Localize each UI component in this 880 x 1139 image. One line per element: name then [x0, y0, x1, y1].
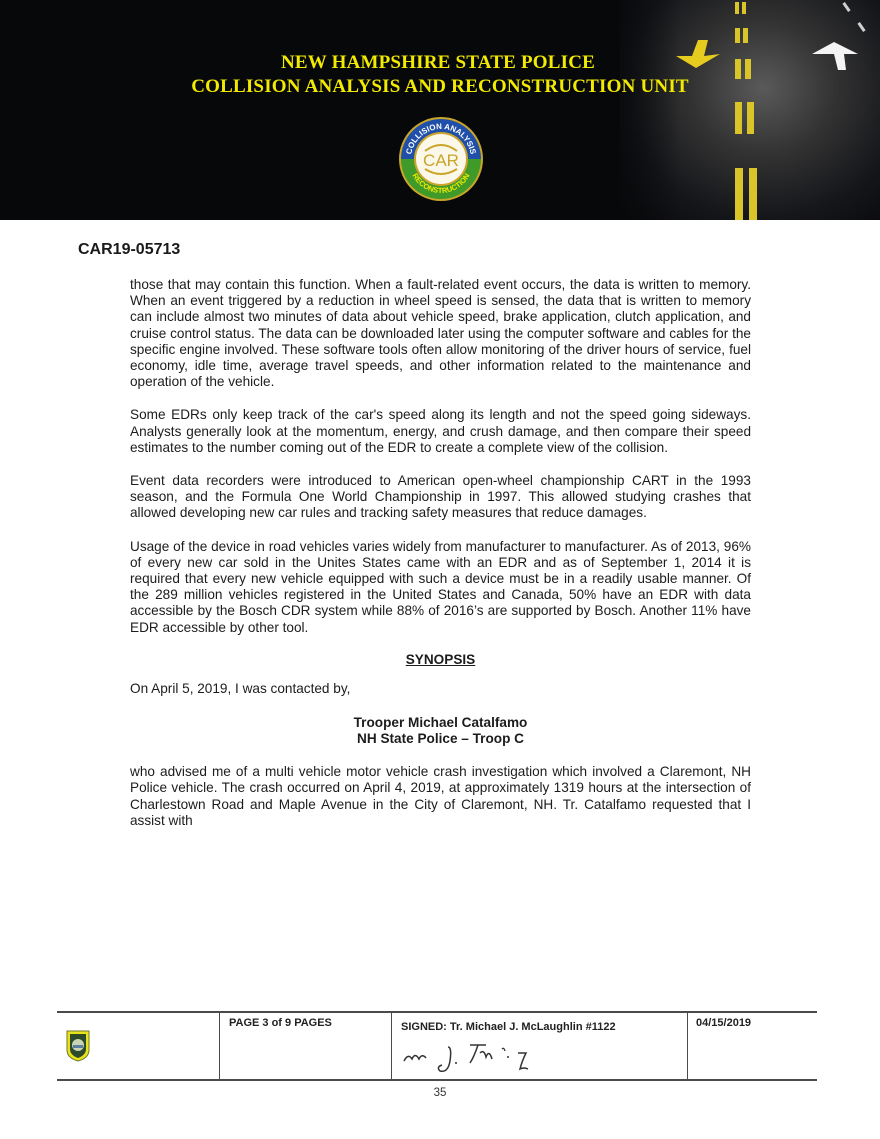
unit-name: COLLISION ANALYSIS AND RECONSTRUCTION UN…: [0, 76, 880, 98]
car-unit-emblem-icon: COLLISION ANALYSIS RECONSTRUCTION CAR: [397, 115, 485, 203]
page-info: PAGE 3 of 9 PAGES: [229, 1017, 332, 1029]
footer-page-cell: PAGE 3 of 9 PAGES: [219, 1013, 392, 1079]
case-number: CAR19-05713: [78, 241, 180, 259]
state-police-badge-icon: [65, 1028, 91, 1062]
agency-name: NEW HAMPSHIRE STATE POLICE: [0, 52, 878, 74]
footer-signature-cell: SIGNED: Tr. Michael J. McLaughlin #1122: [391, 1013, 688, 1079]
paragraph-edr-history: Event data recorders were introduced to …: [130, 473, 751, 522]
report-body: those that may contain this function. Wh…: [130, 277, 751, 846]
paragraph-edr-usage: Usage of the device in road vehicles var…: [130, 539, 751, 636]
page-number: 35: [0, 1087, 880, 1099]
contact-block: Trooper Michael Catalfamo NH State Polic…: [130, 715, 751, 747]
synopsis-body: who advised me of a multi vehicle motor …: [130, 764, 751, 829]
signature-icon: [400, 1037, 560, 1077]
svg-text:CAR: CAR: [423, 151, 459, 170]
paragraph-edr-speed: Some EDRs only keep track of the car's s…: [130, 407, 751, 456]
footer-badge-cell: [57, 1013, 219, 1079]
footer-date-cell: 04/15/2019: [687, 1013, 818, 1079]
header-banner: NEW HAMPSHIRE STATE POLICE COLLISION ANA…: [0, 0, 880, 220]
signed-by: SIGNED: Tr. Michael J. McLaughlin #1122: [401, 1021, 616, 1033]
contact-organization: NH State Police – Troop C: [130, 731, 751, 747]
signed-date: 04/15/2019: [696, 1017, 751, 1029]
synopsis-heading: SYNOPSIS: [130, 652, 751, 668]
page-footer: PAGE 3 of 9 PAGES SIGNED: Tr. Michael J.…: [57, 1011, 817, 1081]
synopsis-intro: On April 5, 2019, I was contacted by,: [130, 681, 751, 697]
paragraph-edr-function: those that may contain this function. Wh…: [130, 277, 751, 390]
contact-name: Trooper Michael Catalfamo: [130, 715, 751, 731]
